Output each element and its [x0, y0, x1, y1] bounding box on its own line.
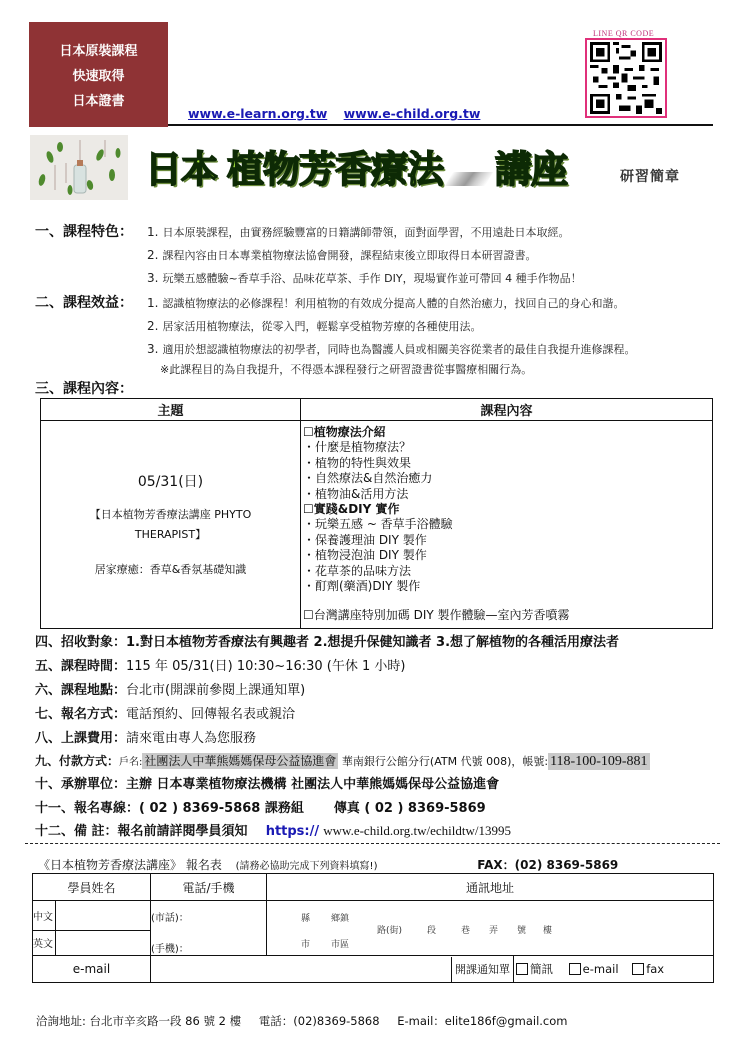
content-item: ・植物的特性與效果	[303, 456, 710, 471]
benefit-item: 1.認識植物療法的必修課程！利用植物的有效成分提高人體的自然治癒力，找回自己的身…	[147, 295, 624, 311]
header-phone: 電話/手機	[151, 874, 267, 901]
promo-box: 日本原裝課程 快速取得 日本證書	[29, 22, 168, 127]
feature-item: 3.玩樂五感體驗~香草手浴、品味花草茶、手作 DIY，現場實作並可帶回 4 種手…	[147, 270, 582, 286]
option-fax[interactable]: fax	[632, 962, 664, 976]
footer-contact: 洽詢地址: 台北市辛亥路一段 86 號 2 樓 電話：(02)8369-5868…	[36, 1013, 581, 1029]
category-intro: ☐植物療法介紹	[303, 425, 710, 440]
checkbox-icon	[632, 963, 644, 975]
content-item: ・花草茶的品味方法	[303, 564, 710, 579]
form-fax: FAX：(02) 8369-5869	[477, 858, 618, 872]
features-label: 一、課程特色：	[35, 221, 133, 241]
checkbox-icon	[516, 963, 528, 975]
footer-address: 洽詢地址: 台北市辛亥路一段 86 號 2 樓	[36, 1014, 241, 1028]
feature-item: 2.課程內容由日本專業植物療法協會開發，課程結束後立即取得日本研習證書。	[147, 247, 536, 263]
time-line: 五、課程時間：115 年 05/31(日) 10:30~16:30 (午休 1 …	[35, 655, 405, 674]
input-name-chinese[interactable]	[56, 901, 151, 931]
topic-cell: 05/31(日) 【日本植物芳香療法講座 PHYTO THERAPIST】 居家…	[41, 421, 301, 629]
subtitle: 研習簡章	[620, 166, 680, 186]
link-e-learn[interactable]: www.e-learn.org.tw	[188, 106, 327, 121]
remark-line: 十二、備 註：報名前請詳閱學員須知 https:// www.e-child.o…	[35, 820, 511, 839]
form-title: 《日本植物芳香療法講座》 報名表	[38, 858, 222, 872]
label-english: 英文	[33, 930, 56, 955]
footer-phone: 電話：(02)8369-5868	[259, 1014, 380, 1028]
account-number: 118-100-109-881	[548, 753, 649, 770]
registration-form: 學員姓名 電話/手機 通訊地址 中文 (市話)： (手機)： 縣 鄉鎮 市 市區…	[32, 873, 714, 983]
content-cell: ☐植物療法介紹 ・什麼是植物療法？ ・植物的特性與效果 ・自然療法&自然治癒力 …	[301, 421, 713, 629]
option-sms[interactable]: 簡訊	[516, 962, 553, 976]
website-links: www.e-learn.org.tw www.e-child.org.tw	[188, 106, 492, 121]
title-lecture: 講座	[495, 139, 567, 193]
option-email[interactable]: e-mail	[569, 962, 619, 976]
remark-url[interactable]: www.e-child.org.tw/echildtw/13995	[323, 823, 511, 838]
promo-line: 快速取得	[72, 65, 124, 84]
banner-title: 日本 植物芳香療法 講座	[145, 136, 567, 196]
content-item: ・玩樂五感 ~ 香草手浴體驗	[303, 517, 710, 532]
input-address[interactable]: 縣 鄉鎮 市 市區 路(街) 段 巷 弄 號 樓	[267, 901, 714, 956]
disclaimer-note: ※此課程目的為自我提升，不得憑本課程發行之研習證書從事醫療相關行為。	[160, 361, 532, 377]
course-subtitle: 居家療癒：香草&香氛基礎知識	[41, 561, 300, 577]
brush-stroke-decoration	[445, 172, 493, 186]
course-table: 主題 課程內容 05/31(日) 【日本植物芳香療法講座 PHYTO THERA…	[40, 398, 713, 629]
organizer-line: 十、承辦單位：主辦 日本專業植物療法機構 社團法人中華熊媽媽保母公益協進會	[35, 773, 499, 792]
qr-code-icon	[589, 42, 663, 114]
course-title: 【日本植物芳香療法講座 PHYTO THERAPIST】	[41, 505, 300, 545]
feature-item: 1.日本原裝課程，由實務經驗豐富的日籍講師帶領，面對面學習，不用遠赴日本取經。	[147, 224, 569, 240]
cut-line	[25, 843, 720, 844]
label-chinese: 中文	[33, 901, 56, 931]
line-qr-code[interactable]	[585, 38, 667, 118]
link-e-child[interactable]: www.e-child.org.tw	[344, 106, 481, 121]
target-line: 四、招收對象：1.對日本植物芳香療法有興趣者 2.想提升保健知識者 3.想了解植…	[35, 631, 619, 650]
promo-line: 日本證書	[72, 90, 124, 109]
content-item: ・酊劑(藥酒)DIY 製作	[303, 579, 710, 594]
place-line: 六、課程地點：台北市(開課前參閱上課通知單)	[35, 679, 305, 698]
input-email[interactable]: 開課通知單	[151, 956, 514, 983]
content-item: ・自然療法&自然治癒力	[303, 471, 710, 486]
content-item: ・保養護理油 DIY 製作	[303, 533, 710, 548]
promo-line: 日本原裝課程	[59, 40, 137, 59]
herbs-image-icon	[30, 135, 128, 200]
checkbox-icon	[569, 963, 581, 975]
content-label: 三、課程內容：	[35, 378, 133, 398]
course-date: 05/31(日)	[41, 471, 300, 491]
account-name: 社團法人中華熊媽媽保母公益協進會	[142, 753, 338, 769]
herbs-photo	[30, 135, 128, 200]
content-item: ・什麼是植物療法？	[303, 440, 710, 455]
remark-link[interactable]: https://	[266, 824, 319, 839]
input-phone[interactable]: (市話)： (手機)：	[151, 901, 267, 956]
form-header: 《日本植物芳香療法講座》 報名表 (請務必協助完成下列資料填寫!) FAX：(0…	[38, 856, 618, 873]
col-header-topic: 主題	[41, 399, 301, 421]
header-address: 通訊地址	[267, 874, 714, 901]
form-note: (請務必協助完成下列資料填寫!)	[236, 861, 378, 872]
header-student-name: 學員姓名	[33, 874, 151, 901]
label-email: e-mail	[33, 956, 151, 983]
category-diy: ☐實踐&DIY 實作	[303, 502, 710, 517]
benefits-label: 二、課程效益：	[35, 292, 133, 312]
header-divider	[168, 124, 713, 126]
title-main: 植物芳香療法	[227, 139, 443, 193]
qr-label: LINE QR CODE	[593, 29, 654, 38]
label-notice: 開課通知單	[451, 957, 513, 982]
title-japan: 日本	[145, 139, 217, 193]
benefit-item: 3.適用於想認識植物療法的初學者，同時也為醫護人員或相關美容從業者的最佳自我提升…	[147, 341, 635, 357]
content-item: ・植物油&活用方法	[303, 487, 710, 502]
benefit-item: 2.居家活用植物療法，從零入門，輕鬆享受植物芳療的各種使用法。	[147, 318, 481, 334]
content-item: ・植物浸泡油 DIY 製作	[303, 548, 710, 563]
footer-email[interactable]: E-mail：elite186f@gmail.com	[397, 1014, 567, 1028]
payment-line: 九、付款方式：戶名:社團法人中華熊媽媽保母公益協進會 華南銀行公館分行(ATM …	[35, 752, 650, 770]
input-name-english[interactable]	[56, 930, 151, 955]
notice-options: 簡訊 e-mail fax	[514, 956, 714, 983]
fee-line: 八、上課費用：請來電由專人為您服務	[35, 727, 256, 746]
category-bonus: ☐台灣講座特別加碼 DIY 製作體驗—室內芳香噴霧	[303, 608, 710, 623]
hotline-line: 十一、報名專線：( 02 ) 8369-5868 課務組傳真 ( 02 ) 83…	[35, 797, 486, 816]
col-header-content: 課程內容	[301, 399, 713, 421]
method-line: 七、報名方式：電話預約、回傳報名表或親洽	[35, 703, 295, 722]
